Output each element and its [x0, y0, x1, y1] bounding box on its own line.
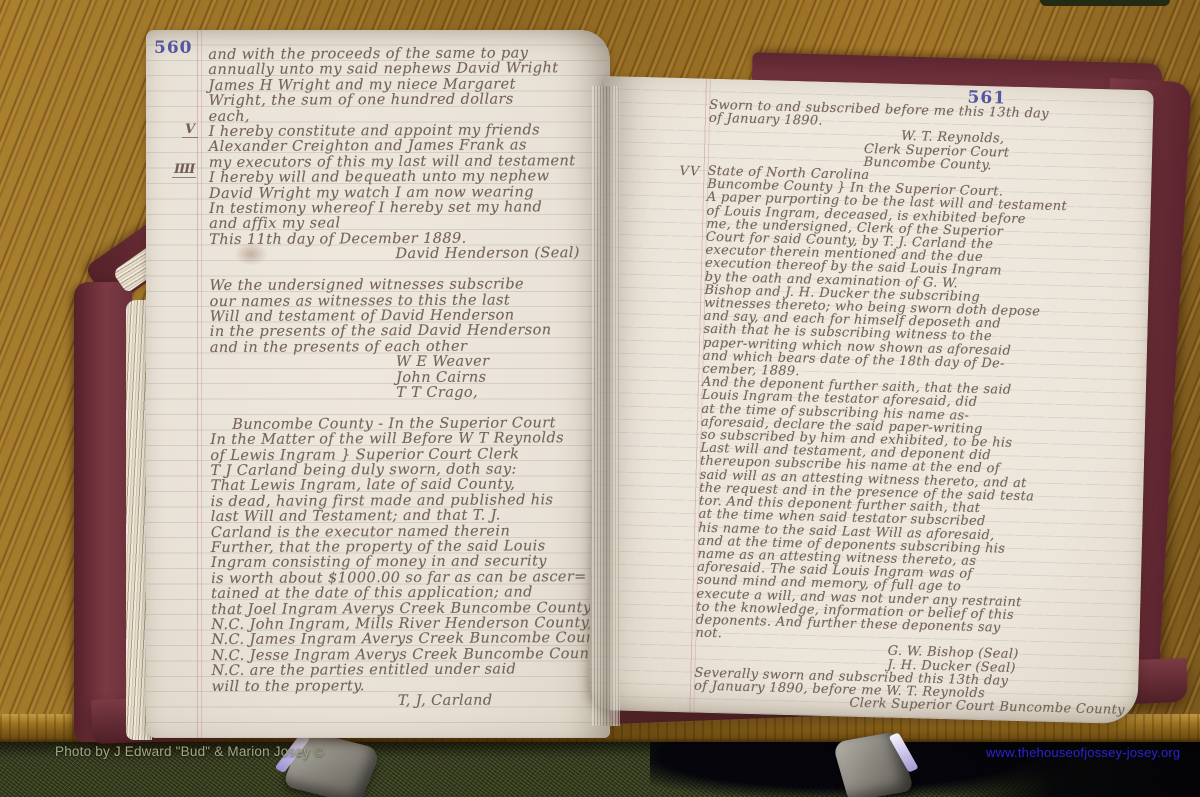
- handwritten-line: David Henderson (Seal): [209, 246, 605, 263]
- ledger-page-right: 561 VV Sworn to and subscribed before me…: [587, 76, 1153, 724]
- photo-frame: 560 V IIII and with the proceeds of the …: [0, 0, 1200, 797]
- margin-mark-iiii: IIII: [172, 162, 196, 178]
- page-number-left: 560: [154, 38, 193, 58]
- top-dark-sliver: [1040, 0, 1170, 6]
- chair-caster-right: [832, 731, 914, 797]
- margin-mark-vv: VV: [679, 164, 700, 180]
- margin-mark-v: V: [182, 122, 198, 138]
- ledger-page-left: 560 V IIII and with the proceeds of the …: [146, 30, 610, 738]
- photo-credit-watermark: Photo by J Edward "Bud" & Marion Josey ©: [55, 744, 324, 759]
- book-cover-left-edge: [74, 282, 132, 742]
- handwritten-line: In the Matter of the will Before W T Rey…: [210, 431, 606, 448]
- handwriting-left-page: and with the proceeds of the same to pay…: [208, 46, 607, 711]
- handwriting-right-page: Sworn to and subscribed before me this 1…: [694, 99, 1120, 717]
- handwritten-line: T, J, Carland: [212, 693, 608, 710]
- website-watermark: www.thehouseofjossey-josey.org: [986, 745, 1180, 760]
